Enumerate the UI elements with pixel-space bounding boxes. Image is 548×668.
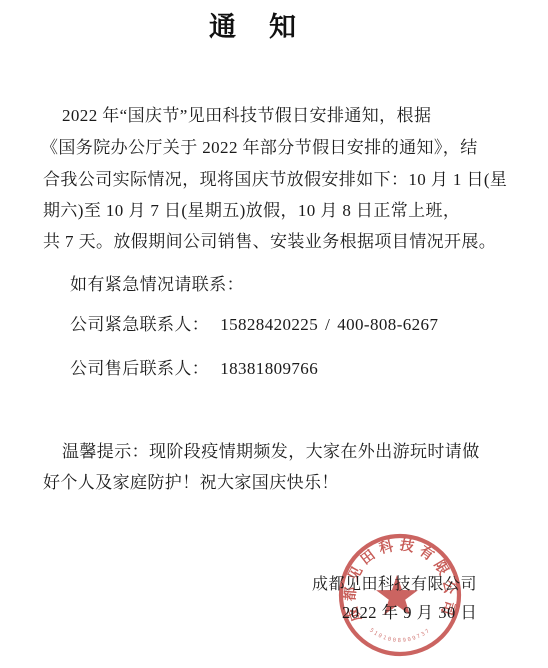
holiday-paragraph-line-5: 共 7 天。放假期间公司销售、安装业务根据项目情况开展。	[43, 231, 496, 253]
holiday-paragraph-line-4: 期六)至 10 月 7 日(星期五)放假，10 月 8 日正常上班，	[43, 200, 460, 222]
emergency-contact-line: 公司紧急联系人：15828420225/400-808-6267	[70, 314, 438, 336]
holiday-paragraph-line-1: 2022 年“国庆节”见田科技节假日安排通知，根据	[62, 105, 431, 127]
notice-document: 通 知 2022 年“国庆节”见田科技节假日安排通知，根据 《国务院办公厅关于 …	[0, 0, 548, 668]
stamp-serial-number: 5101008909737	[368, 627, 432, 644]
phone-separator: /	[325, 315, 330, 334]
aftersales-contact-phone: 18381809766	[220, 359, 318, 378]
company-seal-stamp: 成都见田科技有限公司 5101008909737	[334, 529, 466, 661]
tip-line-2: 好个人及家庭防护！祝大家国庆快乐！	[43, 472, 339, 494]
tip-line-1: 温馨提示：现阶段疫情期频发，大家在外出游玩时请做	[62, 441, 480, 463]
emergency-contact-label: 公司紧急联系人：	[70, 315, 209, 334]
signature-company-name: 成都见田科技有限公司	[312, 571, 477, 594]
aftersales-contact-line: 公司售后联系人：18381809766	[70, 358, 318, 380]
holiday-paragraph-line-3: 合我公司实际情况，现将国庆节放假安排如下：10 月 1 日(星	[43, 169, 507, 191]
document-title: 通 知	[43, 5, 465, 44]
aftersales-contact-label: 公司售后联系人：	[70, 359, 209, 378]
emergency-contact-phone-mobile: 15828420225	[220, 315, 318, 334]
contact-intro: 如有紧急情况请联系：	[70, 274, 244, 296]
signature-date: 2022 年 9 月 30 日	[342, 599, 477, 623]
stamp-serial-holder: 5101008909737	[368, 627, 432, 644]
holiday-paragraph-line-2: 《国务院办公厅关于 2022 年部分节假日安排的通知》，结	[41, 137, 478, 159]
emergency-contact-phone-hotline: 400-808-6267	[337, 315, 438, 334]
